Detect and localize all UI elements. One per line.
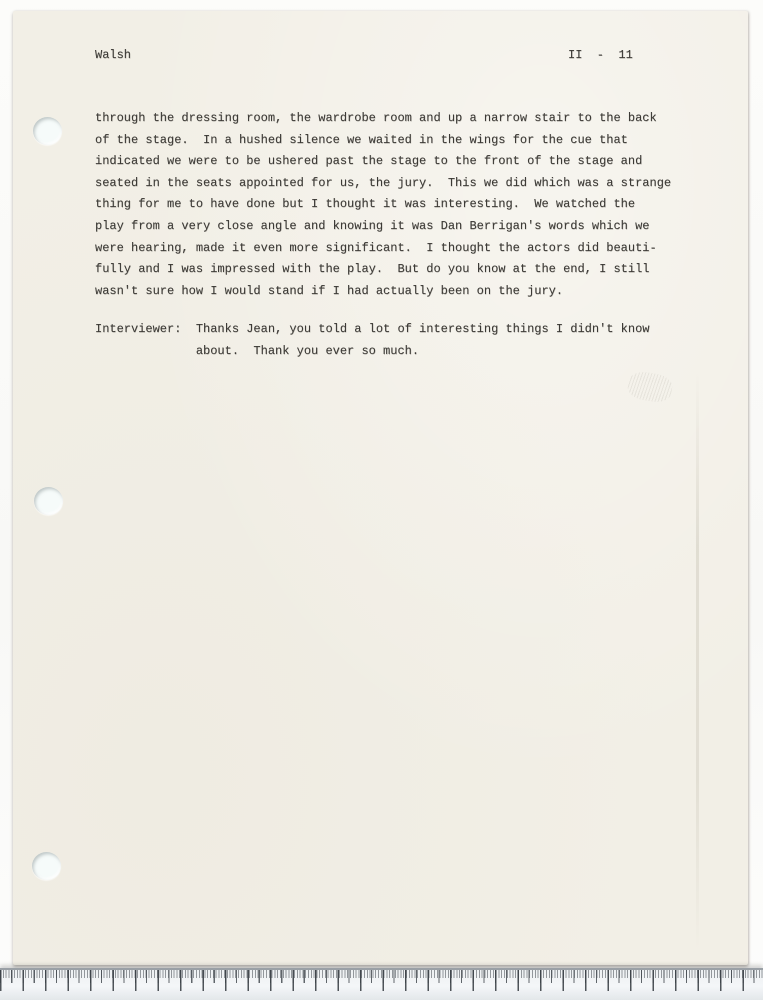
typewritten-line: were hearing, made it even more signific… [95,238,671,260]
scan-background: Walsh II - 11 through the dressing room,… [0,0,763,1000]
punch-hole [32,852,61,880]
typewritten-line: indicated we were to be ushered past the… [95,151,671,173]
typewritten-line: wasn't sure how I would stand if I had a… [95,281,671,303]
interviewer-paragraph: Interviewer: Thanks Jean, you told a lot… [95,319,650,362]
document-page: Walsh II - 11 through the dressing room,… [13,11,748,965]
typewritten-line: seated in the seats appointed for us, th… [95,173,671,195]
typewritten-line: through the dressing room, the wardrobe … [95,108,671,130]
body-paragraph: through the dressing room, the wardrobe … [95,108,671,302]
typewritten-line: of the stage. In a hushed silence we wai… [95,130,671,152]
ruler [0,968,763,1000]
paper-crease [696,371,699,951]
typewritten-line: play from a very close angle and knowing… [95,216,671,238]
faint-smudge [626,370,674,405]
header-author: Walsh [95,48,131,62]
typewritten-line: thing for me to have done but I thought … [95,194,671,216]
typewritten-line: fully and I was impressed with the play.… [95,259,671,281]
punch-hole [33,117,62,145]
punch-hole [34,487,63,515]
header-page-number: II - 11 [568,48,633,62]
typewritten-line: about. Thank you ever so much. [95,341,650,363]
typewritten-line: Interviewer: Thanks Jean, you told a lot… [95,319,650,341]
